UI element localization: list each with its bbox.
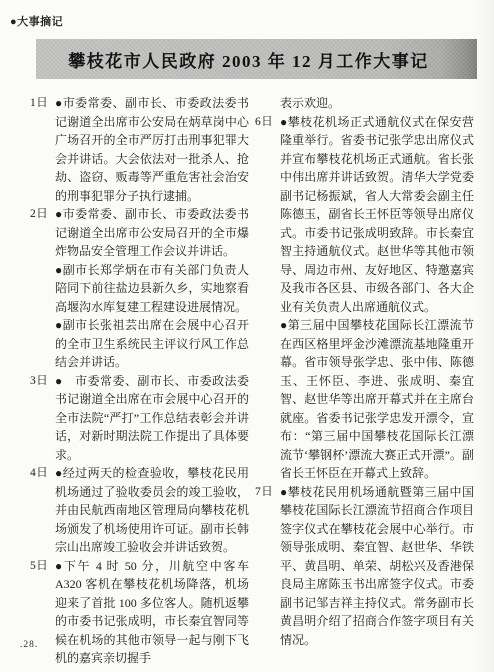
entry-date: 1日: [30, 94, 55, 113]
left-column: 1日 ●市委常委、副市长、市委政法委书记谢道全出席市公安局在炳草岗中心广场召开的…: [30, 94, 249, 668]
entry-paragraph: ●攀枝花民用机场通航暨第三届中国攀枝花国际长江漂流节招商合作项目签字仪式在攀枝花…: [280, 483, 474, 650]
entry-paragraph: ● 市委常委、副市长、市委政法委书记谢道全出席在市会展中心召开的全市法院“严打”…: [55, 372, 249, 465]
diary-entry-day3: 3日 ● 市委常委、副市长、市委政法委书记谢道全出席在市会展中心召开的全市法院“…: [30, 372, 249, 465]
document-page: ●大事摘记 攀枝花市人民政府 2003 年 12 月工作大事记 1日 ●市委常委…: [0, 0, 494, 672]
entry-paragraphs: 表示欢迎。: [280, 94, 474, 113]
entry-paragraphs: ●经过两天的检查验收，攀枝花民用机场通过了验收委员会的竣工验收，并由民航西南地区…: [55, 464, 249, 557]
entry-paragraph: ●副市长张祖芸出席在会展中心召开的全市卫生系统民主评议行风工作总结会并讲话。: [55, 316, 249, 372]
entry-date: 4日: [30, 464, 55, 483]
entry-paragraphs: ●市委常委、副市长、市委政法委书记谢道全出席市公安局召开的全市爆炸物品安全管理工…: [55, 205, 249, 372]
diary-entry-day6: 6日 ●攀枝花机场正式通航仪式在保安营隆重举行。省委书记张学忠出席仪式并宣布攀枝…: [255, 113, 474, 483]
diary-entry-day4: 4日 ●经过两天的检查验收，攀枝花民用机场通过了验收委员会的竣工验收，并由民航西…: [30, 464, 249, 557]
entry-paragraph: 表示欢迎。: [280, 94, 474, 113]
diary-entry-day2: 2日 ●市委常委、副市长、市委政法委书记谢道全出席市公安局召开的全市爆炸物品安全…: [30, 205, 249, 372]
text-columns: 1日 ●市委常委、副市长、市委政法委书记谢道全出席市公安局在炳草岗中心广场召开的…: [30, 94, 474, 668]
entry-paragraph: ●第三届中国攀枝花国际长江漂流节在西区格里坪金沙滩漂流基地隆重开幕。省市领导张学…: [280, 316, 474, 483]
diary-entry-day5-continuation: 表示欢迎。: [255, 94, 474, 113]
entry-date: 7日: [255, 483, 280, 502]
entry-date: 3日: [30, 372, 55, 391]
title-bar: 攀枝花市人民政府 2003 年 12 月工作大事记: [36, 39, 477, 79]
entry-paragraphs: ●攀枝花民用机场通航暨第三届中国攀枝花国际长江漂流节招商合作项目签字仪式在攀枝花…: [280, 483, 474, 650]
entry-paragraphs: ●市委常委、副市长、市委政法委书记谢道全出席市公安局在炳草岗中心广场召开的全市严…: [55, 94, 249, 205]
entry-paragraph: ●下午 4 时 50 分，川航空中客车 A320 客机在攀枝花机场降落，机场迎来…: [55, 557, 249, 668]
entry-date: 2日: [30, 205, 55, 224]
diary-entry-day5: 5日 ●下午 4 时 50 分，川航空中客车 A320 客机在攀枝花机场降落，机…: [30, 557, 249, 668]
entry-paragraph: ●经过两天的检查验收，攀枝花民用机场通过了验收委员会的竣工验收，并由民航西南地区…: [55, 464, 249, 557]
entry-date: 5日: [30, 557, 55, 576]
right-column: 表示欢迎。 6日 ●攀枝花机场正式通航仪式在保安营隆重举行。省委书记张学忠出席仪…: [255, 94, 474, 668]
entry-date: 6日: [255, 113, 280, 132]
entry-paragraphs: ●下午 4 时 50 分，川航空中客车 A320 客机在攀枝花机场降落，机场迎来…: [55, 557, 249, 668]
entry-paragraph: ●市委常委、副市长、市委政法委书记谢道全出席市公安局召开的全市爆炸物品安全管理工…: [55, 205, 249, 261]
corner-tag: ●大事摘记: [10, 13, 63, 29]
diary-entry-day1: 1日 ●市委常委、副市长、市委政法委书记谢道全出席市公安局在炳草岗中心广场召开的…: [30, 94, 249, 205]
entry-paragraph: ●市委常委、副市长、市委政法委书记谢道全出席市公安局在炳草岗中心广场召开的全市严…: [55, 94, 249, 205]
entry-paragraph: ●攀枝花机场正式通航仪式在保安营隆重举行。省委书记张学忠出席仪式并宣布攀枝花机场…: [280, 113, 474, 317]
diary-entry-day7: 7日 ●攀枝花民用机场通航暨第三届中国攀枝花国际长江漂流节招商合作项目签字仪式在…: [255, 483, 474, 650]
entry-paragraphs: ● 市委常委、副市长、市委政法委书记谢道全出席在市会展中心召开的全市法院“严打”…: [55, 372, 249, 465]
page-number: .28.: [20, 640, 38, 650]
page-title: 攀枝花市人民政府 2003 年 12 月工作大事记: [68, 47, 429, 72]
entry-paragraph: ●副市长郑学炳在市有关部门负责人陪同下前往盐边县新久乡，实地察看高堰沟水库复建工…: [55, 261, 249, 317]
entry-paragraphs: ●攀枝花机场正式通航仪式在保安营隆重举行。省委书记张学忠出席仪式并宣布攀枝花机场…: [280, 113, 474, 483]
